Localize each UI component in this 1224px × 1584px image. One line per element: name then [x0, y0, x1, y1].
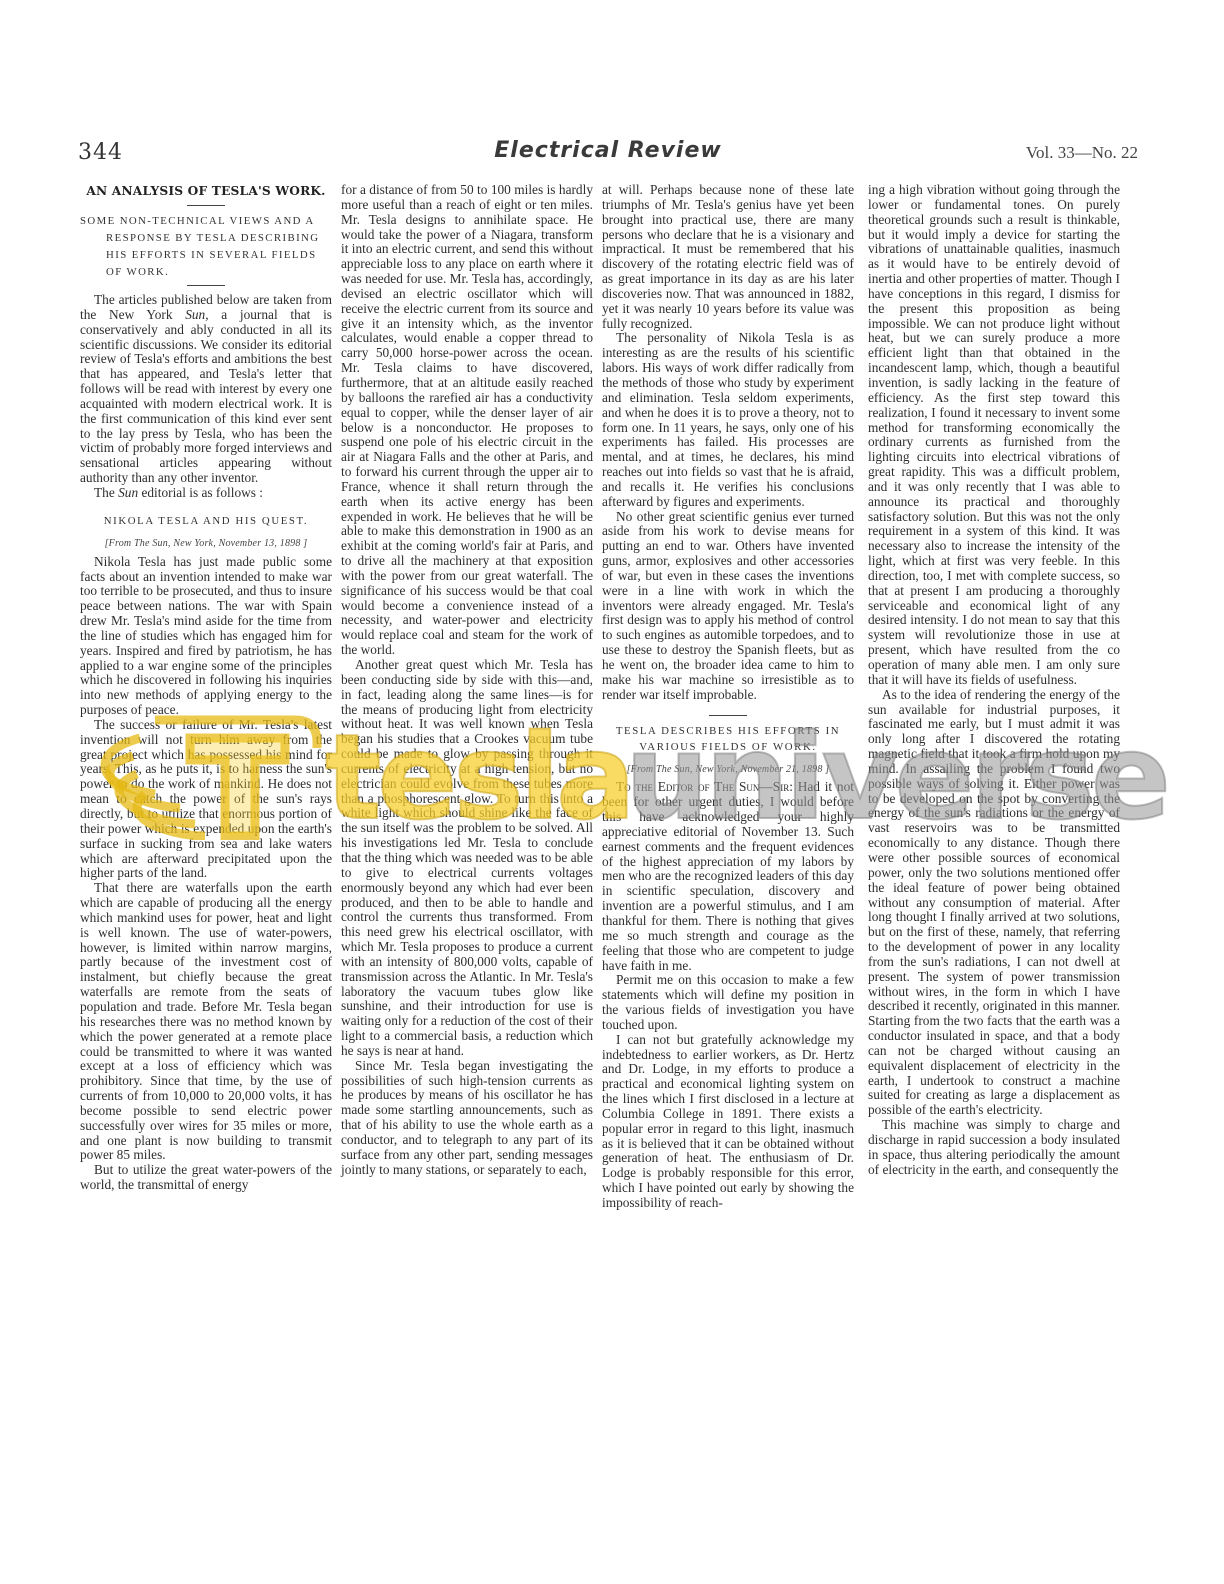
letter-paragraph: Permit me on this occasion to make a few… — [602, 973, 854, 1032]
editorial-source: [From The Sun, New York, November 13, 18… — [80, 537, 332, 552]
letter-paragraph: ing a high vibration without going throu… — [868, 183, 1120, 688]
editorial-heading: NIKOLA TESLA AND HIS QUEST. — [80, 513, 332, 529]
body-paragraph: The success or failure of Mr. Tesla's la… — [80, 718, 332, 881]
intro-paragraph: The Sun editorial is as follows : — [80, 486, 332, 501]
article-title: AN ANALYSIS OF TESLA'S WORK. — [80, 183, 332, 199]
column-1: AN ANALYSIS OF TESLA'S WORK. SOME NON-TE… — [80, 183, 332, 1193]
divider-rule — [187, 205, 225, 206]
body-paragraph: That there are waterfalls upon the earth… — [80, 881, 332, 1163]
body-paragraph: Since Mr. Tesla began investigating the … — [341, 1059, 593, 1178]
body-paragraph: But to utilize the great water-powers of… — [80, 1163, 332, 1193]
body-paragraph: at will. Perhaps because none of these l… — [602, 183, 854, 331]
letter-heading: TESLA DESCRIBES HIS EFFORTS IN VARIOUS F… — [602, 723, 854, 755]
body-paragraph: No other great scientific genius ever tu… — [602, 510, 854, 703]
body-paragraph: for a distance of from 50 to 100 miles i… — [341, 183, 593, 658]
letter-salutation: To the Editor of The Sun—Sir: — [616, 779, 793, 794]
article-subtitle: SOME NON-TECHNICAL VIEWS AND A RESPONSE … — [80, 213, 332, 281]
page-header: 344 Electrical Review Vol. 33—No. 22 — [78, 138, 1138, 168]
letter-paragraph: To the Editor of The Sun—Sir: Had it not… — [602, 780, 854, 973]
column-4: ing a high vibration without going throu… — [868, 183, 1120, 1178]
intro-paragraph: The articles published below are taken f… — [80, 293, 332, 486]
journal-title: Electrical Review — [78, 138, 1138, 163]
body-paragraph: Another great quest which Mr. Tesla has … — [341, 658, 593, 1059]
letter-source: [From The Sun, New York, November 21, 18… — [602, 763, 854, 778]
letter-paragraph: I can not but gratefully acknowledge my … — [602, 1033, 854, 1211]
body-paragraph: Nikola Tesla has just made public some f… — [80, 555, 332, 718]
document-page: 344 Electrical Review Vol. 33—No. 22 AN … — [0, 0, 1224, 1584]
letter-paragraph: As to the idea of rendering the energy o… — [868, 688, 1120, 1118]
letter-paragraph: This machine was simply to charge and di… — [868, 1118, 1120, 1177]
divider-rule — [709, 715, 747, 716]
column-2: for a distance of from 50 to 100 miles i… — [341, 183, 593, 1178]
volume-issue: Vol. 33—No. 22 — [1026, 143, 1138, 163]
column-3: at will. Perhaps because none of these l… — [602, 183, 854, 1211]
divider-rule — [187, 285, 225, 286]
body-paragraph: The personality of Nikola Tesla is as in… — [602, 331, 854, 509]
